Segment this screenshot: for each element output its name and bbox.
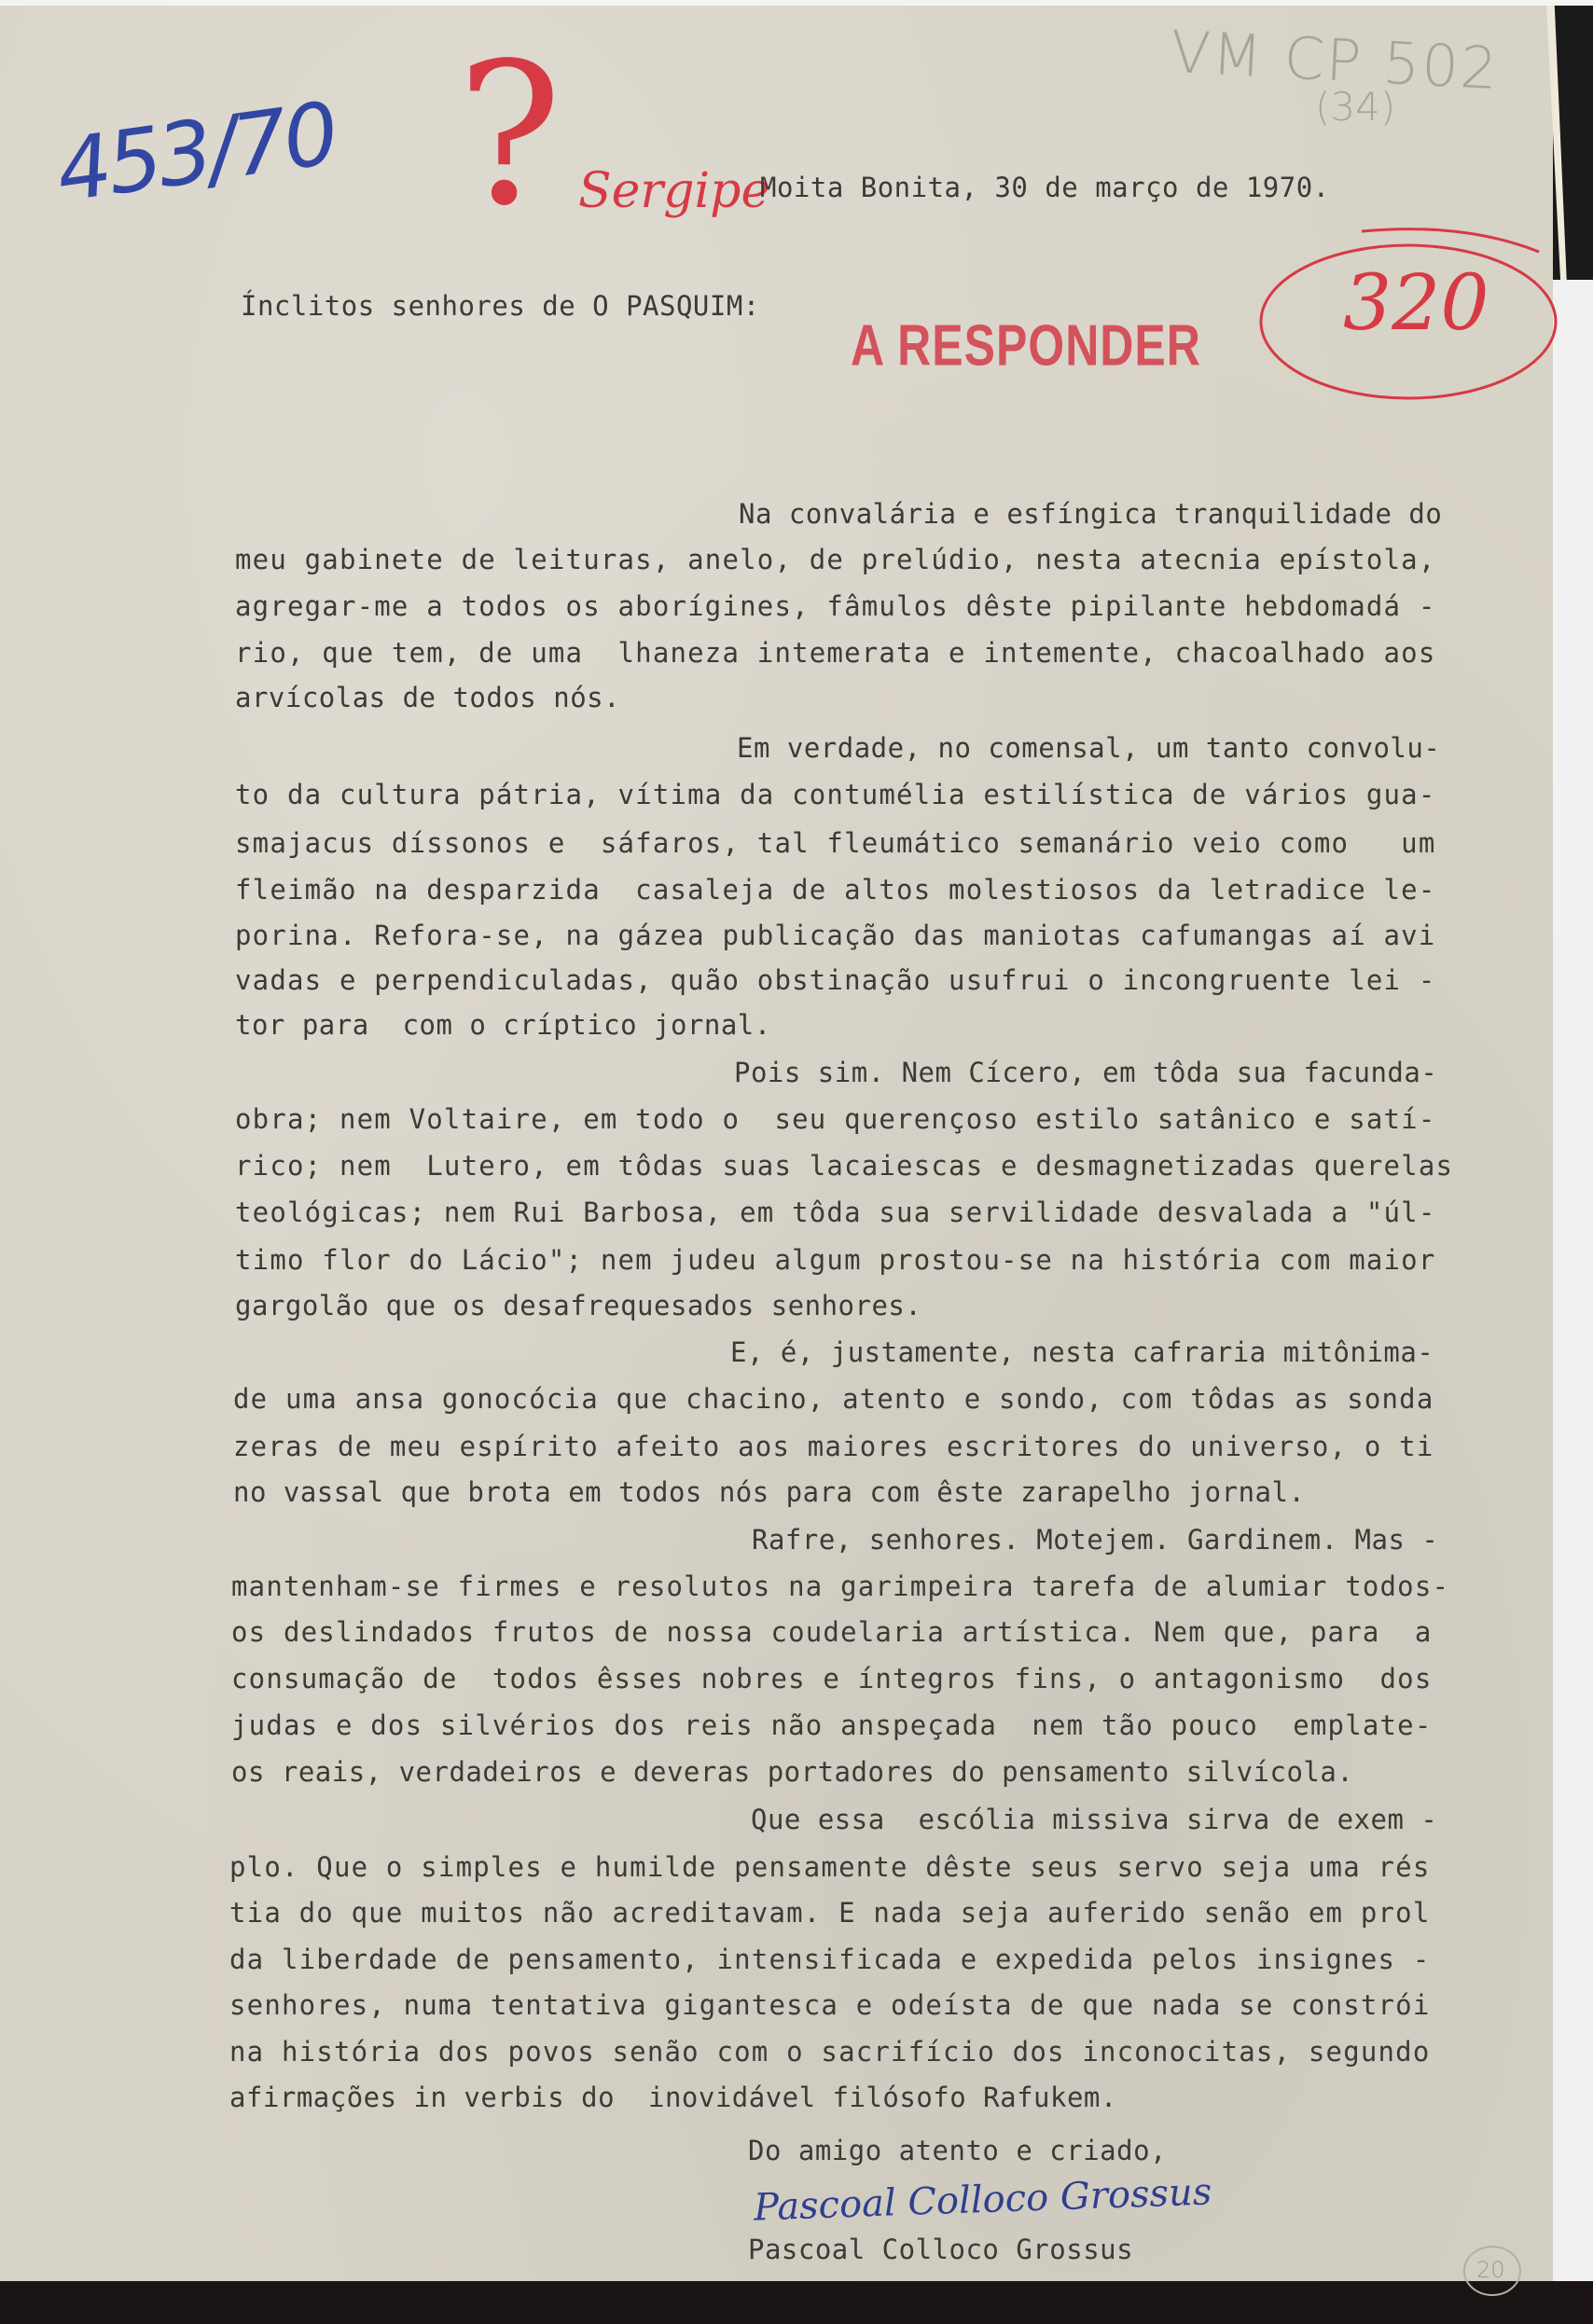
body-line: arvícolas de todos nós.: [235, 685, 620, 712]
body-line: smajacus díssonos e sáfaros, tal fleumát…: [235, 830, 1436, 857]
body-line: zeras de meu espírito afeito aos maiores…: [233, 1433, 1434, 1460]
body-line: consumação de todos êsses nobres e ínteg…: [231, 1666, 1433, 1693]
valediction: Do amigo atento e criado,: [748, 2137, 1167, 2165]
body-line: plo. Que o simples e humilde pensamente …: [229, 1854, 1431, 1881]
body-line: Que essa escólia missiva sirva de exem -: [751, 1806, 1437, 1833]
pencil-reference-count: (34): [1315, 84, 1395, 130]
typed-name: Pascoal Colloco Grossus: [748, 2236, 1133, 2263]
red-place-note: Sergipe: [578, 163, 769, 219]
body-line: tor para com o críptico jornal.: [235, 1012, 771, 1039]
body-line: teológicas; nem Rui Barbosa, em tôda sua…: [235, 1199, 1436, 1226]
body-line: mantenham-se firmes e resolutos na garim…: [231, 1573, 1449, 1600]
body-line: os reais, verdadeiros e deveras portador…: [231, 1759, 1353, 1786]
body-line: rio, que tem, de uma lhaneza intemerata …: [235, 640, 1436, 667]
body-line: Rafre, senhores. Motejem. Gardinem. Mas …: [752, 1527, 1438, 1554]
body-line: vadas e perpendiculadas, quão obstinação…: [235, 967, 1436, 994]
body-line: Pois sim. Nem Cícero, em tôda sua facund…: [734, 1059, 1437, 1086]
body-line: Na convalária e esfíngica tranquilidade …: [739, 501, 1442, 528]
scan-bottom-strip: [0, 2281, 1593, 2324]
body-line: afirmações in verbis do inovidável filós…: [229, 2084, 1117, 2111]
body-line: senhores, numa tentativa gigantesca e od…: [229, 1992, 1431, 2019]
circled-number: 320: [1343, 259, 1489, 348]
body-line: E, é, justamente, nesta cafraria mitônim…: [730, 1339, 1434, 1366]
body-line: obra; nem Voltaire, em todo o seu queren…: [235, 1106, 1436, 1133]
body-line: gargolão que os desafrequesados senhores…: [235, 1293, 921, 1320]
body-line: no vassal que brota em todos nós para co…: [233, 1479, 1305, 1506]
salutation: Ínclitos senhores de O PASQUIM:: [241, 293, 760, 320]
a-responder-stamp: A RESPONDER: [851, 311, 1201, 380]
body-line: de uma ansa gonocócia que chacino, atent…: [233, 1386, 1434, 1413]
body-line: tia do que muitos não acreditavam. E nad…: [229, 1900, 1431, 1927]
body-line: meu gabinete de leituras, anelo, de prel…: [235, 546, 1436, 574]
body-line: Em verdade, no comensal, um tanto convol…: [737, 735, 1440, 762]
body-line: da liberdade de pensamento, intensificad…: [229, 1946, 1431, 1973]
body-line: rico; nem Lutero, em tôdas suas lacaiesc…: [235, 1153, 1453, 1180]
body-line: fleimão na desparzida casaleja de altos …: [235, 877, 1436, 904]
body-line: agregar-me a todos os aborígines, fâmulo…: [235, 593, 1436, 620]
body-line: timo flor do Lácio"; nem judeu algum pro…: [235, 1247, 1436, 1274]
red-question-mark: ?: [457, 37, 562, 233]
body-line: porina. Refora-se, na gázea publicação d…: [235, 922, 1436, 949]
scan-right-margin: [1553, 280, 1593, 2281]
page-number: 20: [1476, 2257, 1505, 2283]
body-line: judas e dos silvérios dos reis não anspe…: [231, 1712, 1433, 1739]
body-line: to da cultura pátria, vítima da contumél…: [235, 782, 1436, 809]
place-date: Moita Bonita, 30 de março de 1970.: [760, 174, 1330, 201]
body-line: na história dos povos senão com o sacrif…: [229, 2039, 1431, 2066]
body-line: os deslindados frutos de nossa coudelari…: [231, 1619, 1433, 1646]
